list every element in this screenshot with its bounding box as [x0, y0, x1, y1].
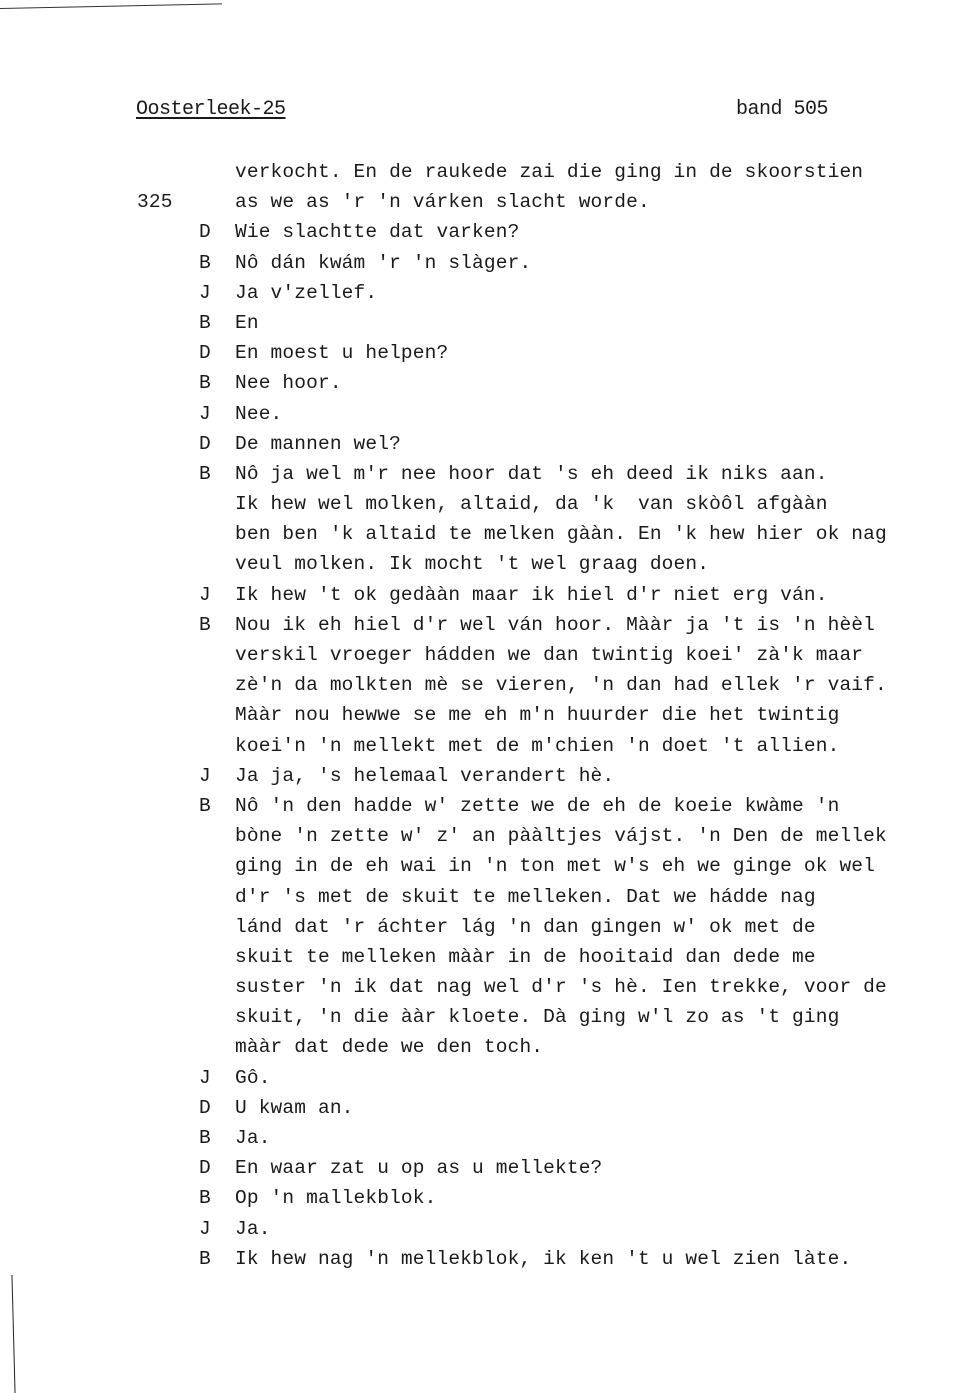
utterance-text: U kwam an.: [235, 1093, 354, 1123]
utterance-text: Ja.: [235, 1214, 271, 1244]
transcript-line: suster 'n ik dat nag wel d'r 's hè. Ien …: [0, 972, 966, 1002]
utterance-text: bòne 'n zette w' z' an pààltjes vájst. '…: [235, 821, 887, 851]
utterance-text: Mààr nou hewwe se me eh m'n huurder die …: [235, 700, 839, 730]
speaker-label: J: [199, 580, 211, 610]
speaker-label: B: [199, 1244, 211, 1274]
transcript-line: Mààr nou hewwe se me eh m'n huurder die …: [0, 700, 966, 730]
transcript-line: verkocht. En de raukede zai die ging in …: [0, 157, 966, 187]
utterance-text: zè'n da molkten mè se vieren, 'n dan had…: [235, 670, 887, 700]
speaker-label: D: [199, 338, 211, 368]
speaker-label: D: [199, 1153, 211, 1183]
speaker-label: B: [199, 1183, 211, 1213]
speaker-label: B: [199, 248, 211, 278]
utterance-text: Nou ik eh hiel d'r wel ván hoor. Mààr ja…: [235, 610, 875, 640]
utterance-text: Ja.: [235, 1123, 271, 1153]
transcript-line: DEn waar zat u op as u mellekte?: [0, 1153, 966, 1183]
transcript-line: BIk hew nag 'n mellekblok, ik ken 't u w…: [0, 1244, 966, 1274]
transcript-line: BNee hoor.: [0, 368, 966, 398]
utterance-text: Op 'n mallekblok.: [235, 1183, 436, 1213]
utterance-text: koei'n 'n mellekt met de m'chien 'n doet…: [235, 731, 839, 761]
transcript-line: lánd dat 'r áchter lág 'n dan gingen w' …: [0, 912, 966, 942]
transcript-line: DWie slachtte dat varken?: [0, 217, 966, 247]
transcript-line: BNô 'n den hadde w' zette we de eh de ko…: [0, 791, 966, 821]
transcript-line: BNô ja wel m'r nee hoor dat 's eh deed i…: [0, 459, 966, 489]
transcript-line: BJa.: [0, 1123, 966, 1153]
transcript-line: bòne 'n zette w' z' an pààltjes vájst. '…: [0, 821, 966, 851]
utterance-text: veul molken. Ik mocht 't wel graag doen.: [235, 549, 709, 579]
transcript-line: mààr dat dede we den toch.: [0, 1032, 966, 1062]
utterance-text: as we as 'r 'n várken slacht worde.: [235, 187, 650, 217]
transcript-body: verkocht. En de raukede zai die ging in …: [0, 157, 966, 1274]
document-title: Oosterleek-25: [136, 97, 286, 123]
utterance-text: suster 'n ik dat nag wel d'r 's hè. Ien …: [235, 972, 887, 1002]
tape-number: band 505: [736, 97, 828, 123]
utterance-text: skuit te melleken mààr in de hooitaid da…: [235, 942, 816, 972]
transcript-line: BNou ik eh hiel d'r wel ván hoor. Mààr j…: [0, 610, 966, 640]
transcript-line: 325as we as 'r 'n várken slacht worde.: [0, 187, 966, 217]
line-number: 325: [137, 187, 173, 217]
speaker-label: J: [199, 399, 211, 429]
utterance-text: Nô 'n den hadde w' zette we de eh de koe…: [235, 791, 839, 821]
transcript-line: verskil vroeger hádden we dan twintig ko…: [0, 640, 966, 670]
utterance-text: Ik hew nag 'n mellekblok, ik ken 't u we…: [235, 1244, 851, 1274]
utterance-text: verskil vroeger hádden we dan twintig ko…: [235, 640, 863, 670]
speaker-label: B: [199, 610, 211, 640]
utterance-text: skuit, 'n die ààr kloete. Dà ging w'l zo…: [235, 1002, 839, 1032]
speaker-label: J: [199, 1214, 211, 1244]
speaker-label: J: [199, 278, 211, 308]
utterance-text: En moest u helpen?: [235, 338, 448, 368]
speaker-label: J: [199, 761, 211, 791]
transcript-line: skuit te melleken mààr in de hooitaid da…: [0, 942, 966, 972]
top-margin-rule: [0, 3, 222, 9]
transcript-line: JIk hew 't ok gedààn maar ik hiel d'r ni…: [0, 580, 966, 610]
transcript-line: JJa v'zellef.: [0, 278, 966, 308]
utterance-text: Nee hoor.: [235, 368, 342, 398]
transcript-line: DDe mannen wel?: [0, 429, 966, 459]
utterance-text: lánd dat 'r áchter lág 'n dan gingen w' …: [235, 912, 816, 942]
transcript-line: BOp 'n mallekblok.: [0, 1183, 966, 1213]
utterance-text: verkocht. En de raukede zai die ging in …: [235, 157, 863, 187]
transcript-line: BEn: [0, 308, 966, 338]
utterance-text: De mannen wel?: [235, 429, 401, 459]
utterance-text: ging in de eh wai in 'n ton met w's eh w…: [235, 851, 875, 881]
utterance-text: Nô ja wel m'r nee hoor dat 's eh deed ik…: [235, 459, 828, 489]
utterance-text: Gô.: [235, 1063, 271, 1093]
transcript-line: JNee.: [0, 399, 966, 429]
transcript-line: BNô dán kwám 'r 'n slàger.: [0, 248, 966, 278]
utterance-text: Ik hew wel molken, altaid, da 'k van skò…: [235, 489, 828, 519]
utterance-text: Nee.: [235, 399, 282, 429]
transcript-line: JGô.: [0, 1063, 966, 1093]
left-margin-rule: [11, 1275, 15, 1393]
speaker-label: D: [199, 217, 211, 247]
speaker-label: D: [199, 1093, 211, 1123]
utterance-text: Ja ja, 's helemaal verandert hè.: [235, 761, 614, 791]
utterance-text: En: [235, 308, 259, 338]
utterance-text: ben ben 'k altaid te melken gààn. En 'k …: [235, 519, 887, 549]
transcript-line: JJa.: [0, 1214, 966, 1244]
utterance-text: Ja v'zellef.: [235, 278, 377, 308]
speaker-label: B: [199, 308, 211, 338]
utterance-text: d'r 's met de skuit te melleken. Dat we …: [235, 882, 816, 912]
transcript-line: DEn moest u helpen?: [0, 338, 966, 368]
speaker-label: J: [199, 1063, 211, 1093]
transcript-line: ging in de eh wai in 'n ton met w's eh w…: [0, 851, 966, 881]
transcript-line: veul molken. Ik mocht 't wel graag doen.: [0, 549, 966, 579]
utterance-text: Wie slachtte dat varken?: [235, 217, 519, 247]
transcript-line: d'r 's met de skuit te melleken. Dat we …: [0, 882, 966, 912]
speaker-label: B: [199, 1123, 211, 1153]
utterance-text: Nô dán kwám 'r 'n slàger.: [235, 248, 531, 278]
transcript-line: koei'n 'n mellekt met de m'chien 'n doet…: [0, 731, 966, 761]
transcript-line: Ik hew wel molken, altaid, da 'k van skò…: [0, 489, 966, 519]
transcript-line: zè'n da molkten mè se vieren, 'n dan had…: [0, 670, 966, 700]
utterance-text: En waar zat u op as u mellekte?: [235, 1153, 602, 1183]
speaker-label: D: [199, 429, 211, 459]
transcript-line: JJa ja, 's helemaal verandert hè.: [0, 761, 966, 791]
speaker-label: B: [199, 368, 211, 398]
utterance-text: Ik hew 't ok gedààn maar ik hiel d'r nie…: [235, 580, 828, 610]
transcript-line: ben ben 'k altaid te melken gààn. En 'k …: [0, 519, 966, 549]
transcript-line: DU kwam an.: [0, 1093, 966, 1123]
speaker-label: B: [199, 791, 211, 821]
transcript-line: skuit, 'n die ààr kloete. Dà ging w'l zo…: [0, 1002, 966, 1032]
speaker-label: B: [199, 459, 211, 489]
utterance-text: mààr dat dede we den toch.: [235, 1032, 543, 1062]
